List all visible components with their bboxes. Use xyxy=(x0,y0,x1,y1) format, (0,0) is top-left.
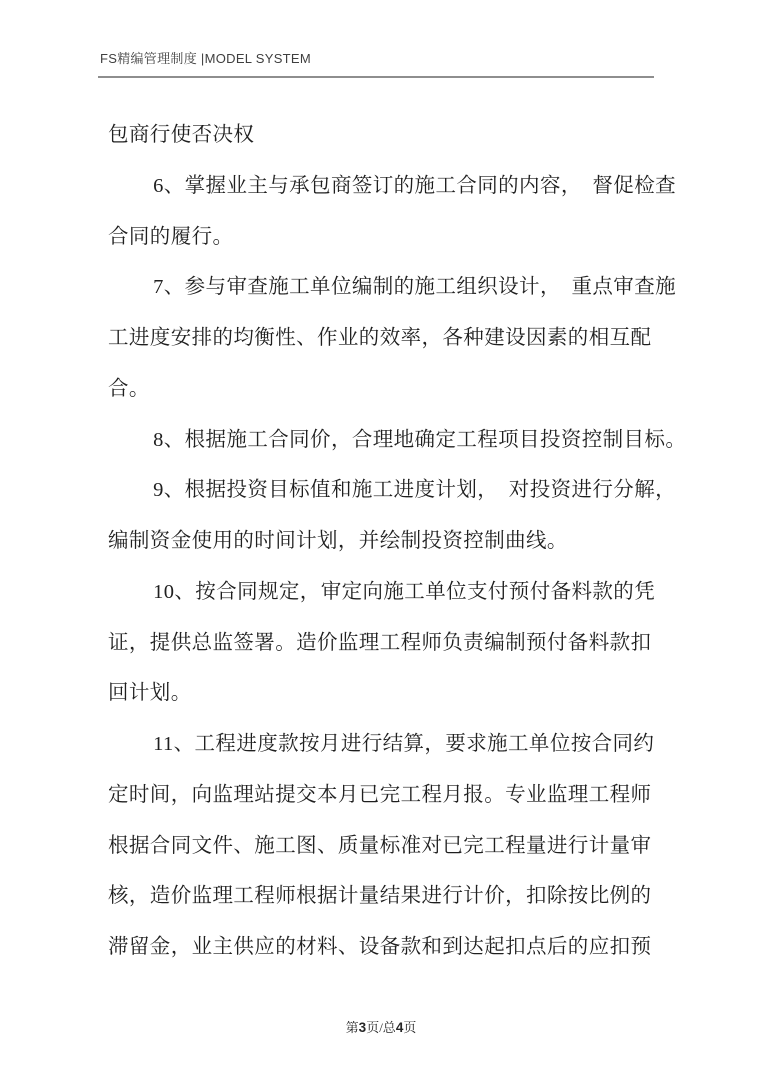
footer-page-middle: 页/总 xyxy=(366,1020,396,1035)
text-line: 工进度安排的均衡性、作业的效率，各种建设因素的相互配 xyxy=(108,313,656,364)
text-line: 7、参与审查施工单位编制的施工组织设计， 重点审查施 xyxy=(108,262,656,313)
document-body: 包商行使否决权6、掌握业主与承包商签订的施工合同的内容， 督促检查合同的履行。7… xyxy=(108,110,656,973)
document-page: FS精编管理制度 |MODEL SYSTEM 包商行使否决权6、掌握业主与承包商… xyxy=(0,0,762,1080)
text-line: 定时间，向监理站提交本月已完工程月报。专业监理工程师 xyxy=(108,770,656,821)
text-line: 11、工程进度款按月进行结算，要求施工单位按合同约 xyxy=(108,719,656,770)
text-line: 核，造价监理工程师根据计量结果进行计价，扣除按比例的 xyxy=(108,871,656,922)
text-line: 10、按合同规定，审定向施工单位支付预付备料款的凭 xyxy=(108,567,656,618)
text-line: 证，提供总监签署。造价监理工程师负责编制预付备料款扣 xyxy=(108,618,656,669)
text-line: 根据合同文件、施工图、质量标准对已完工程量进行计量审 xyxy=(108,821,656,872)
header-title: FS精编管理制度 |MODEL SYSTEM xyxy=(100,48,655,67)
text-line: 包商行使否决权 xyxy=(108,110,656,161)
footer-page-prefix: 第 xyxy=(346,1020,359,1035)
text-line: 合。 xyxy=(108,364,656,415)
text-line: 9、根据投资目标值和施工进度计划， 对投资进行分解， xyxy=(108,465,656,516)
page-footer: 第3页/总4页 xyxy=(0,1018,762,1038)
footer-page-suffix: 页 xyxy=(403,1020,416,1035)
text-line: 合同的履行。 xyxy=(108,212,656,263)
text-line: 6、掌握业主与承包商签订的施工合同的内容， 督促检查 xyxy=(108,161,656,212)
text-line: 回计划。 xyxy=(108,668,656,719)
header-rule xyxy=(98,76,654,78)
page-header: FS精编管理制度 |MODEL SYSTEM xyxy=(100,48,655,67)
text-line: 滞留金，业主供应的材料、设备款和到达起扣点后的应扣预 xyxy=(108,922,656,973)
text-line: 编制资金使用的时间计划，并绘制投资控制曲线。 xyxy=(108,516,656,567)
text-line: 8、根据施工合同价，合理地确定工程项目投资控制目标。 xyxy=(108,415,656,466)
